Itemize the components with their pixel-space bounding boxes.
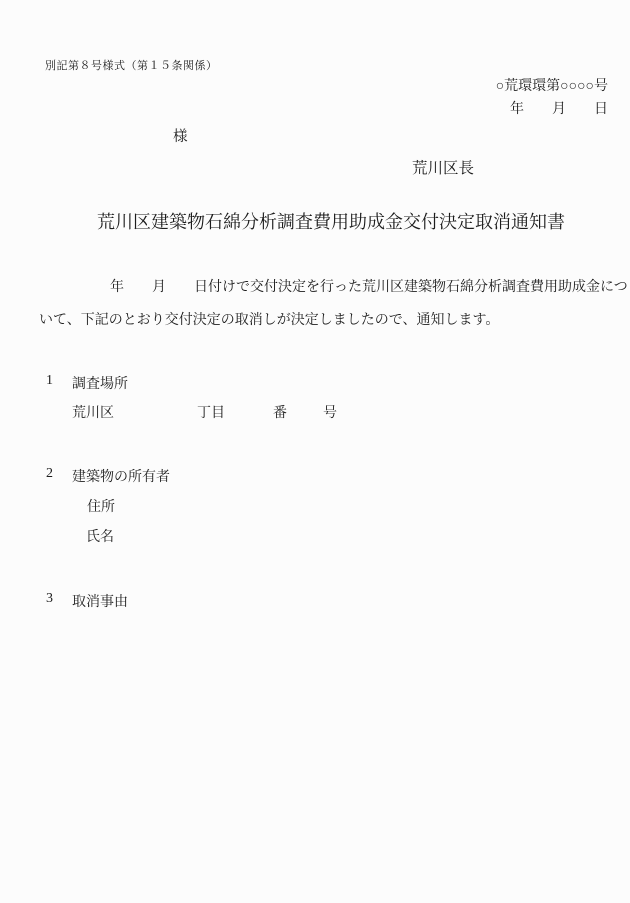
survey-location-ban-label: 番 (273, 405, 287, 423)
section-3-number: 3 (46, 591, 53, 607)
survey-location-go-label: 号 (323, 405, 337, 423)
section-3-heading: 取消事由 (72, 591, 128, 611)
issue-date-line: 年 月 日 (510, 101, 608, 119)
survey-location-ward-label: 荒川区 (72, 405, 114, 423)
section-2-heading: 建築物の所有者 (72, 466, 170, 486)
document-title: 荒川区建築物石綿分析調査費用助成金交付決定取消通知書 (97, 211, 565, 234)
body-paragraph-line-1: 年 月 日付けで交付決定を行った荒川区建築物石綿分析調査費用助成金につ (110, 279, 628, 297)
addressee-honorific: 様 (173, 128, 188, 146)
owner-name-label: 氏名 (86, 529, 114, 547)
document-reference-number: ○荒環環第○○○○号 (496, 78, 608, 96)
survey-location-chome-label: 丁目 (197, 405, 225, 423)
section-2-number: 2 (46, 466, 53, 482)
form-style-number: 別記第８号様式（第１５条関係） (45, 60, 218, 74)
owner-address-label: 住所 (87, 499, 115, 517)
body-paragraph-line-2: いて、下記のとおり交付決定の取消しが決定しましたので、通知します。 (39, 312, 499, 330)
section-1-heading: 調査場所 (72, 373, 128, 393)
notice-document-page: 別記第８号様式（第１５条関係） ○荒環環第○○○○号 年 月 日 様 荒川区長 … (0, 0, 630, 903)
section-1-number: 1 (46, 373, 53, 389)
sender-name: 荒川区長 (412, 159, 474, 178)
